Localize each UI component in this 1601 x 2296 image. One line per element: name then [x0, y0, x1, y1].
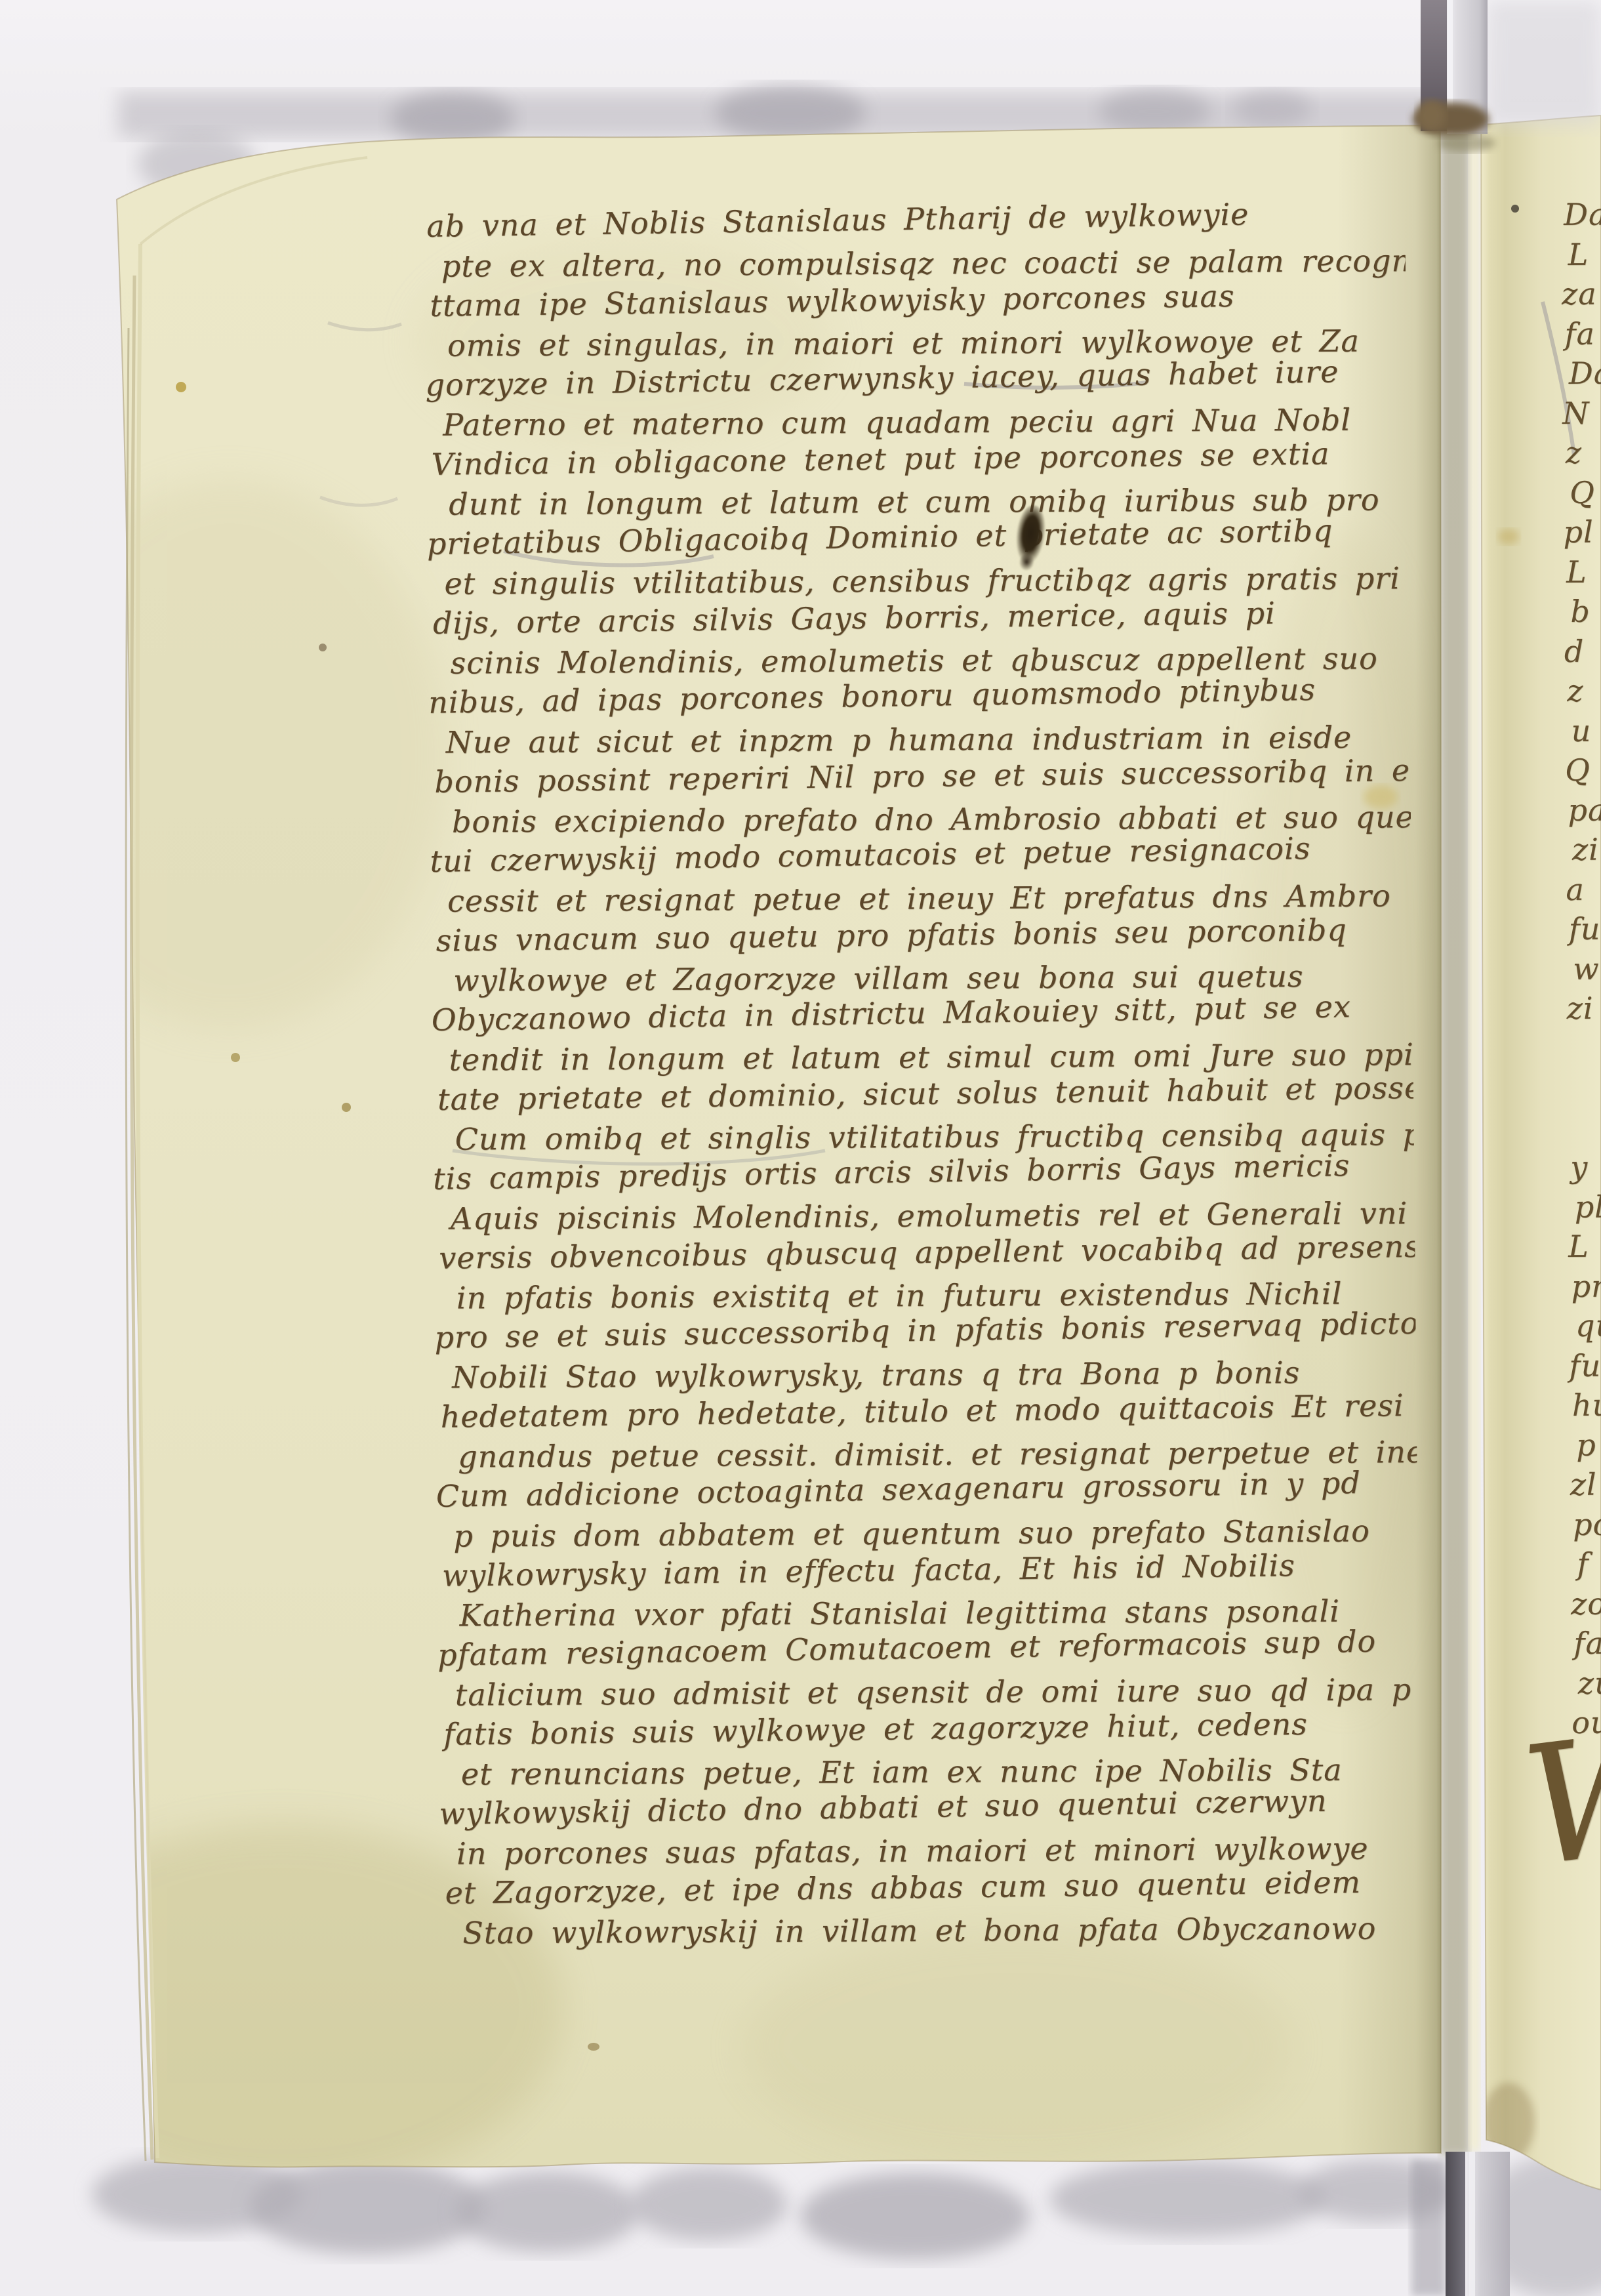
right-page-text-fragment: zi [1566, 991, 1601, 1031]
right-page-text-fragment: hu [1572, 1387, 1601, 1427]
right-page-text-fragment: qu [1575, 1308, 1601, 1348]
gutter [1440, 128, 1480, 2155]
right-page-text-fragment: N [1562, 395, 1601, 435]
stain-speck [588, 2043, 599, 2051]
right-page-text-fragment: zi [1572, 832, 1601, 872]
right-page-text-fragment: w [1573, 951, 1601, 991]
right-page-text-fragment: pa [1568, 792, 1601, 832]
stain-yellow [1498, 529, 1519, 544]
right-page-text-fragment: p [1576, 1427, 1601, 1467]
parchment-mottle [741, 1929, 1292, 2165]
right-page-text-fragment: zl [1570, 1467, 1601, 1507]
right-page-text-fragment: b [1570, 594, 1601, 634]
right-page-text-fragment: z [1566, 435, 1601, 475]
stain-speck [319, 644, 327, 651]
right-page-text-fragment: z [1567, 673, 1601, 713]
right-page-text-fragment: Q [1570, 474, 1601, 514]
right-page-text-fragment: u [1571, 712, 1601, 752]
right-page-text-fragment: zo [1571, 1586, 1601, 1626]
right-page-text-fragment [1573, 1070, 1601, 1110]
stain-speck [231, 1053, 240, 1062]
right-page-text-fragment: za [1562, 276, 1601, 316]
book-holder-rod-bottom [1411, 2152, 1510, 2296]
right-page-text-fragment: po [1573, 1506, 1601, 1546]
parchment-mottle [13, 479, 446, 1030]
right-page-text-fragment: fa [1564, 316, 1601, 356]
right-page-text-fragment: y [1570, 1149, 1601, 1189]
stain-speck [342, 1103, 351, 1112]
manuscript-text-block: ab vna et Noblis Stanislaus Ptharij de w… [421, 199, 1421, 1955]
right-page-text-fragment: Q [1565, 752, 1601, 792]
right-page-text-fragment: zu [1578, 1665, 1601, 1705]
right-page-text-fragment: d [1564, 633, 1601, 673]
manuscript-line: ab vna et Noblis Stanislaus Ptharij de w… [426, 199, 1406, 249]
right-page-text-fragment: a [1566, 871, 1601, 911]
right-page-text-fragment: fu [1569, 911, 1601, 951]
photograph-scene: ab vna et Noblis Stanislaus Ptharij de w… [0, 0, 1601, 2296]
right-page-text-fragment: pro [1571, 1268, 1601, 1308]
right-page-text-fragment: pl [1575, 1189, 1601, 1229]
rod-bar [1446, 2152, 1465, 2296]
right-page-text-fragment: L [1568, 1229, 1601, 1269]
stain-corner [1482, 2083, 1535, 2162]
right-page-text-fragment [1570, 1030, 1601, 1070]
right-page-text-fragment: Da [1564, 197, 1601, 237]
stain-speck [176, 382, 186, 392]
right-page-text-fragment: f [1577, 1546, 1601, 1586]
right-page-text-fragment: fu [1569, 1347, 1601, 1387]
right-page-text-fragment: fa [1573, 1626, 1601, 1666]
right-page-text-fragment: Da [1569, 356, 1601, 396]
stain-speck [1511, 205, 1519, 213]
right-page-text-fragment: L [1566, 554, 1601, 594]
right-page-text-fragment: L [1568, 236, 1601, 276]
right-page-text-fragment [1568, 1109, 1601, 1149]
spine-headband [1417, 100, 1446, 131]
right-page-text-fragment: pl [1563, 514, 1601, 554]
page-bottom-shadow [92, 2155, 1601, 2296]
